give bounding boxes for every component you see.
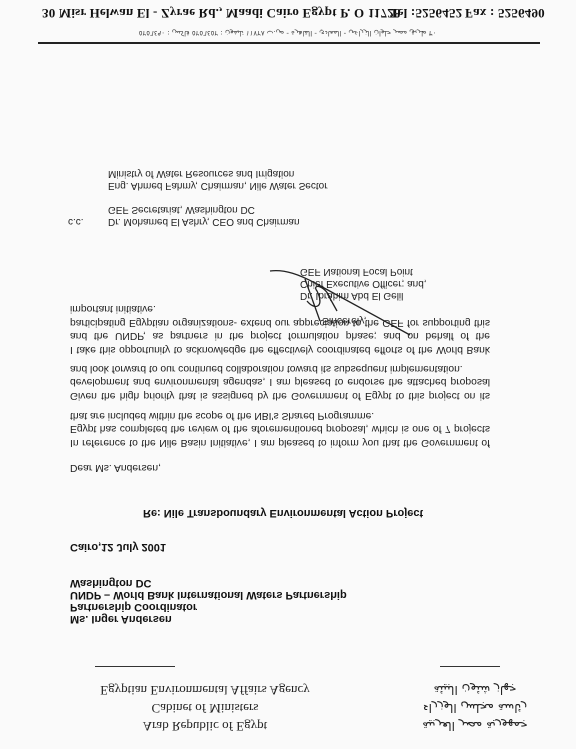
letterhead-arabic: جمهورية مصر العربية رئاسة مجلس الوزراء ج…	[400, 681, 550, 735]
cc-recipient-1-org: GEF Secretariat, Washington DC	[108, 203, 408, 215]
footer-address: 30 Misr Helwan El - Zyrae Rd., Maadi Cai…	[42, 5, 401, 21]
letterhead-arabic-rule	[440, 666, 500, 667]
letter-subject: Re: Nile Transboundary Environmental Act…	[143, 507, 423, 519]
footer-tel: Tel :5256452	[390, 5, 462, 21]
signatory-role: GEF National Focal Point	[300, 265, 427, 277]
scanned-letter-page: Arab Republic of Egypt Cabinet of Minist…	[0, 0, 576, 749]
paragraph-2: Given the high priority that is assigned…	[70, 362, 490, 403]
addressee-city: Washington DC	[70, 577, 430, 589]
addressee-name: Ms. Inger Andersen	[70, 613, 430, 625]
salutation: Dear Ms. Andersen,	[70, 461, 161, 475]
letterhead-arabic-country: جمهورية مصر العربية	[400, 717, 550, 735]
footer-fax: Fax : 5256490	[465, 5, 545, 21]
cc-spacer	[108, 191, 408, 203]
paragraph-1: In reference to the Nile Basin Initiativ…	[70, 409, 490, 450]
cc-recipient-1: Dr. Mohamed El Ashry, CEO and Chairman	[108, 215, 408, 227]
addressee-organization: UNDP – World Bank International Waters P…	[70, 589, 430, 601]
signatory-title: Chief Executive Officer; and,	[300, 277, 427, 289]
cc-label: c.c.	[68, 215, 84, 227]
cc-recipient-2: Eng. Ahmed Fahmy, Chairman, Nile Water S…	[108, 179, 408, 191]
letterhead-english-rule	[95, 666, 175, 667]
footer-rule	[38, 42, 540, 44]
signatory-name: Dr. Ibrahim Abd El Gelil	[300, 289, 427, 301]
letter-date: Cairo,12 July 2001	[70, 541, 166, 553]
addressee-title: Partnership Coordinator	[70, 601, 430, 613]
letterhead-english: Arab Republic of Egypt Cabinet of Minist…	[80, 681, 330, 735]
addressee-block: Ms. Inger Andersen Partnership Coordinat…	[70, 577, 430, 625]
letterhead-arabic-cabinet: رئاسة مجلس الوزراء	[400, 699, 550, 717]
letterhead-agency: Egyptian Environmental Affairs Agency	[80, 681, 330, 699]
cc-recipient-2-org: Ministry of Water Resources and Irrigati…	[108, 167, 408, 179]
signatory-block: Dr. Ibrahim Abd El Gelil Chief Executive…	[300, 265, 427, 301]
letterhead-arabic-agency: جهاز شئون البيئة	[400, 681, 550, 699]
letterhead-country: Arab Republic of Egypt	[80, 717, 330, 735]
cc-recipients: Dr. Mohamed El Ashry, CEO and Chairman G…	[108, 167, 408, 227]
letterhead-cabinet: Cabinet of Ministers	[80, 699, 330, 717]
footer-arabic-address: ٣٠ طريق مصر حلوان الزراعي - المعادي - ال…	[40, 29, 535, 37]
